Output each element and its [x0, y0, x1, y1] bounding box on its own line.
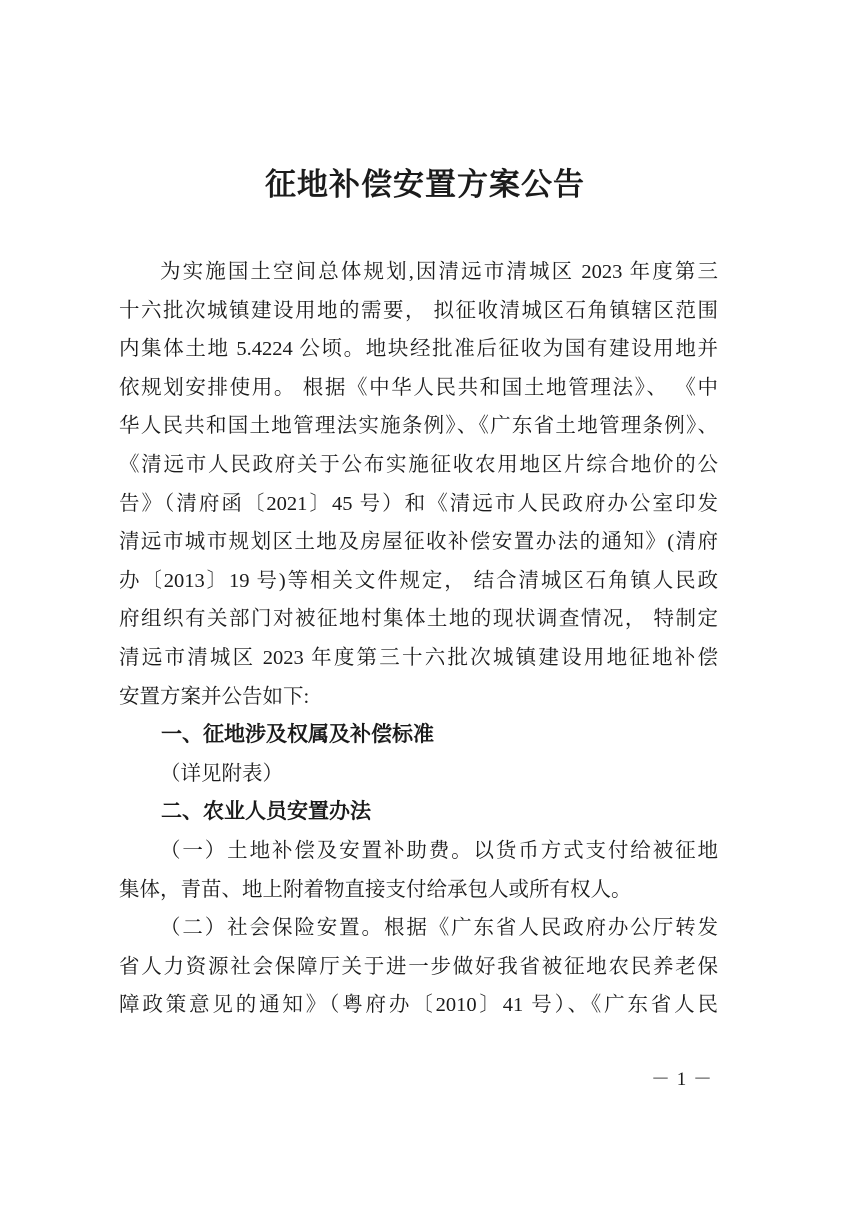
- document-page: 征地补偿安置方案公告 为实施国土空间总体规划,因清远市清城区 2023 年度第三…: [0, 0, 850, 1219]
- intro-line: 十六批次城镇建设用地的需要， 拟征收清城区石角镇辖区范围: [119, 292, 718, 331]
- intro-line: 内集体土地 5.4224 公顷。地块经批准后征收为国有建设用地并: [119, 330, 718, 369]
- intro-line: 清远市城市规划区土地及房屋征收补偿安置办法的通知》(清府: [119, 523, 718, 562]
- section-1-heading: 一、征地涉及权属及补偿标准: [119, 716, 718, 755]
- intro-line: 安置方案并公告如下:: [119, 678, 718, 717]
- intro-line: 《清远市人民政府关于公布实施征收农用地区片综合地价的公: [119, 446, 718, 485]
- intro-line: 华人民共和国土地管理法实施条例》、《广东省土地管理条例》、: [119, 407, 718, 446]
- page-number: － 1 －: [651, 1068, 713, 1092]
- item-2-line: 障政策意见的通知》（粤府办〔2010〕41 号）、《广东省人民: [119, 986, 718, 1025]
- intro-line: 告》（清府函〔2021〕45 号）和《清远市人民政府办公室印发: [119, 485, 718, 524]
- section-2-heading: 二、农业人员安置办法: [119, 793, 718, 832]
- item-1-line: 集体，青苗、地上附着物直接支付给承包人或所有权人。: [119, 871, 718, 910]
- intro-line: 办〔2013〕19 号)等相关文件规定， 结合清城区石角镇人民政: [119, 562, 718, 601]
- item-2-line: （二）社会保险安置。根据《广东省人民政府办公厅转发: [119, 909, 718, 948]
- intro-line: 府组织有关部门对被征地村集体土地的现状调查情况， 特制定: [119, 600, 718, 639]
- document-body: 为实施国土空间总体规划,因清远市清城区 2023 年度第三 十六批次城镇建设用地…: [119, 253, 718, 1025]
- intro-line: 依规划安排使用。 根据《中华人民共和国土地管理法》、 《中: [119, 369, 718, 408]
- item-2-line: 省人力资源社会保障厅关于进一步做好我省被征地农民养老保: [119, 948, 718, 987]
- document-title: 征地补偿安置方案公告: [0, 162, 850, 208]
- see-attached-table-note: （详见附表）: [119, 755, 718, 794]
- intro-line: 清远市清城区 2023 年度第三十六批次城镇建设用地征地补偿: [119, 639, 718, 678]
- intro-line: 为实施国土空间总体规划,因清远市清城区 2023 年度第三: [119, 253, 718, 292]
- item-1-line: （一）土地补偿及安置补助费。以货币方式支付给被征地: [119, 832, 718, 871]
